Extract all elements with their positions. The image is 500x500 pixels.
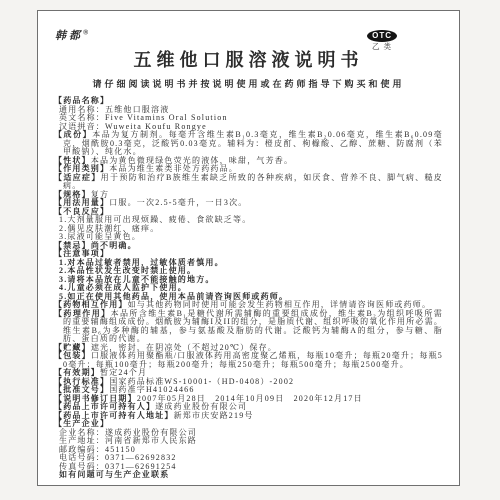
leaflet-line: 【适应症】用于预防和治疗B族维生素缺乏所致的各种疾病，如厌食、营养不良、脚气病、…: [54, 174, 443, 191]
line-text: 新郑市庆安路219号: [174, 411, 254, 420]
otc-badge-icon: OTC: [367, 30, 397, 42]
leaflet-body: 【药品名称】通用名称：五维他口服溶液英文名称：Five Vitamins Ora…: [54, 97, 443, 480]
line-text: 本品所含维生素B₁是糖代谢所需辅酶的重要组成成份，维生素B₂为组织呼吸所需的重要…: [63, 309, 443, 344]
line-text: 用于预防和治疗B族维生素缺乏所致的各种疾病，如厌食、营养不良、脚气病、糙皮病。: [63, 173, 443, 191]
line-text: 口服。一次2.5-5毫升，一日3次。: [109, 198, 247, 207]
line-text: 如有问题可与生产企业联系: [59, 470, 169, 479]
leaflet-line: 【药理作用】本品所含维生素B₁是糖代谢所需辅酶的重要组成成份，维生素B₂为组织呼…: [54, 310, 443, 344]
line-text: 口服液体药用聚酯瓶/口服液体药用高密度聚乙烯瓶，每瓶10毫升；每瓶20毫升；每瓶…: [63, 351, 443, 369]
leaflet-line: 【用法用量】口服。一次2.5-5毫升，一日3次。: [54, 199, 443, 208]
brand-logo: 韩都®: [55, 27, 88, 43]
leaflet-line: 【禁忌】尚不明确。: [54, 242, 443, 251]
leaflet-line: 【药品上市许可持有人地址】新郑市庆安路219号: [54, 412, 443, 421]
leaflet-subtitle: 请仔细阅读说明书并按说明使用或在药师指导下购买和使用: [54, 77, 443, 90]
line-text: 本品为复方制剂。每毫升含维生素B₁0.3毫克，维生素B₂0.06毫克，维生素B₆…: [63, 130, 443, 156]
leaflet-line: 如有问题可与生产企业联系: [59, 471, 443, 480]
otc-mark: OTC 乙类: [367, 26, 397, 51]
leaflet-inner: 韩都® OTC 乙类 五维他口服溶液说明书 请仔细阅读说明书并按说明使用或在药师…: [38, 11, 459, 485]
leaflet-line: 【包装】口服液体药用聚酯瓶/口服液体药用高密度聚乙烯瓶，每瓶10毫升；每瓶20毫…: [54, 352, 443, 369]
otc-class-label: 乙类: [367, 43, 397, 51]
leaflet-line: 【成份】本品为复方制剂。每毫升含维生素B₁0.3毫克，维生素B₂0.06毫克，维…: [54, 131, 443, 157]
leaflet-sheet: 韩都® OTC 乙类 五维他口服溶液说明书 请仔细阅读说明书并按说明使用或在药师…: [37, 10, 460, 486]
registered-mark: ®: [83, 28, 88, 36]
brand-name: 韩都: [55, 30, 83, 42]
